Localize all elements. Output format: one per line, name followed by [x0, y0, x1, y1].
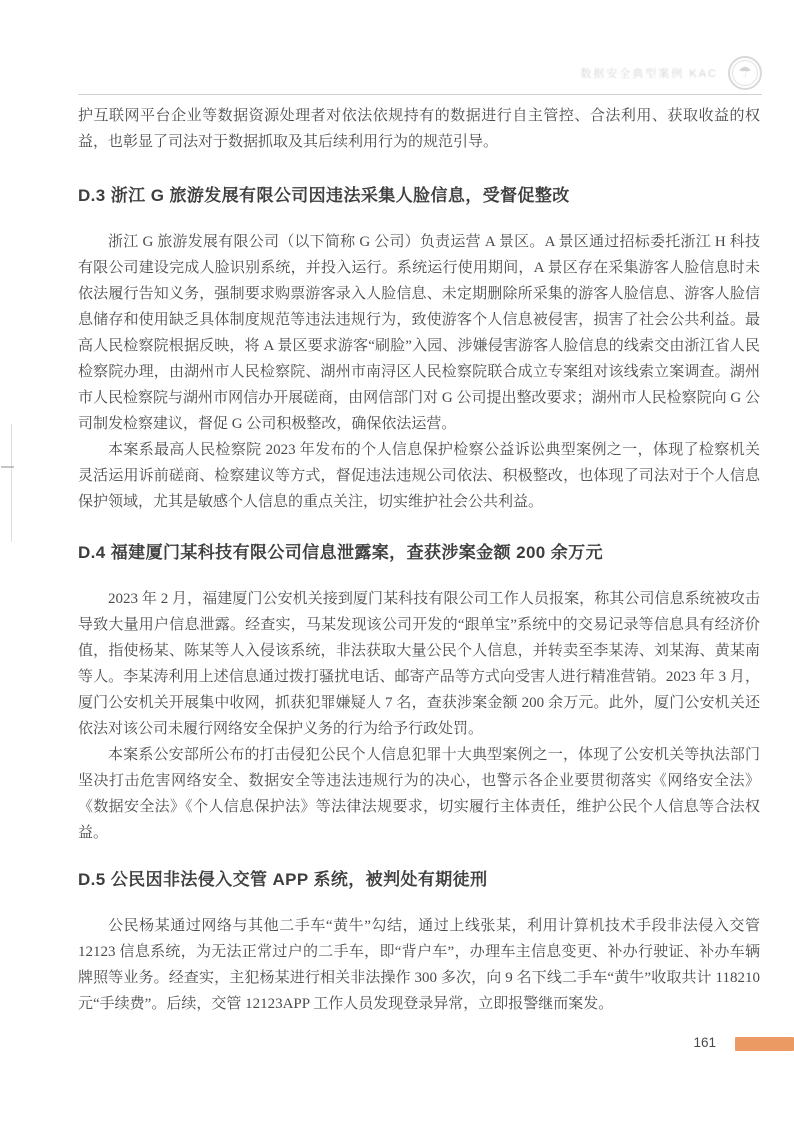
header-watermark-text: 数据安全典型案例 KAC — [580, 65, 718, 81]
section-d4-paragraph-2: 本案系公安部所公布的打击侵犯公民个人信息犯罪十大典型案例之一，体现了公安机关等执… — [78, 742, 760, 846]
header-divider — [78, 94, 762, 95]
section-heading-d3: D.3 浙江 G 旅游发展有限公司因违法采集人脸信息，受督促整改 — [78, 185, 760, 207]
umbrella-icon: ☂ — [738, 66, 751, 81]
footer-bar — [735, 1037, 794, 1051]
section-d3-paragraph-1: 浙江 G 旅游发展有限公司（以下简称 G 公司）负责运营 A 景区。A 景区通过… — [78, 229, 760, 437]
continuation-paragraph: 护互联网平台企业等数据资源处理者对依法依规持有的数据进行自主管控、合法利用、获取… — [78, 103, 760, 155]
round-seal-logo-icon: ☂ — [728, 56, 762, 90]
page-number: 161 — [693, 1035, 716, 1050]
section-heading-d5: D.5 公民因非法侵入交管 APP 系统，被判处有期徒刑 — [78, 869, 760, 891]
page-body: 护互联网平台企业等数据资源处理者对依法依规持有的数据进行自主管控、合法利用、获取… — [78, 103, 760, 1017]
section-d5-paragraph-1: 公民杨某通过网络与其他二手车“黄牛”勾结，通过上线张某，利用计算机技术手段非法侵… — [78, 913, 760, 1017]
section-d3-paragraph-2: 本案系最高人民检察院 2023 年发布的个人信息保护检察公益诉讼典型案例之一，体… — [78, 437, 760, 515]
scan-artifact-line — [11, 424, 12, 542]
scan-artifact-tick — [1, 466, 14, 468]
document-page: 数据安全典型案例 KAC ☂ 护互联网平台企业等数据资源处理者对依法依规持有的数… — [0, 0, 794, 1123]
section-d4-paragraph-1: 2023 年 2 月，福建厦门公安机关接到厦门某科技有限公司工作人员报案，称其公… — [78, 586, 760, 742]
page-header: 数据安全典型案例 KAC ☂ — [580, 56, 762, 90]
section-heading-d4: D.4 福建厦门某科技有限公司信息泄露案，查获涉案金额 200 余万元 — [78, 542, 760, 564]
